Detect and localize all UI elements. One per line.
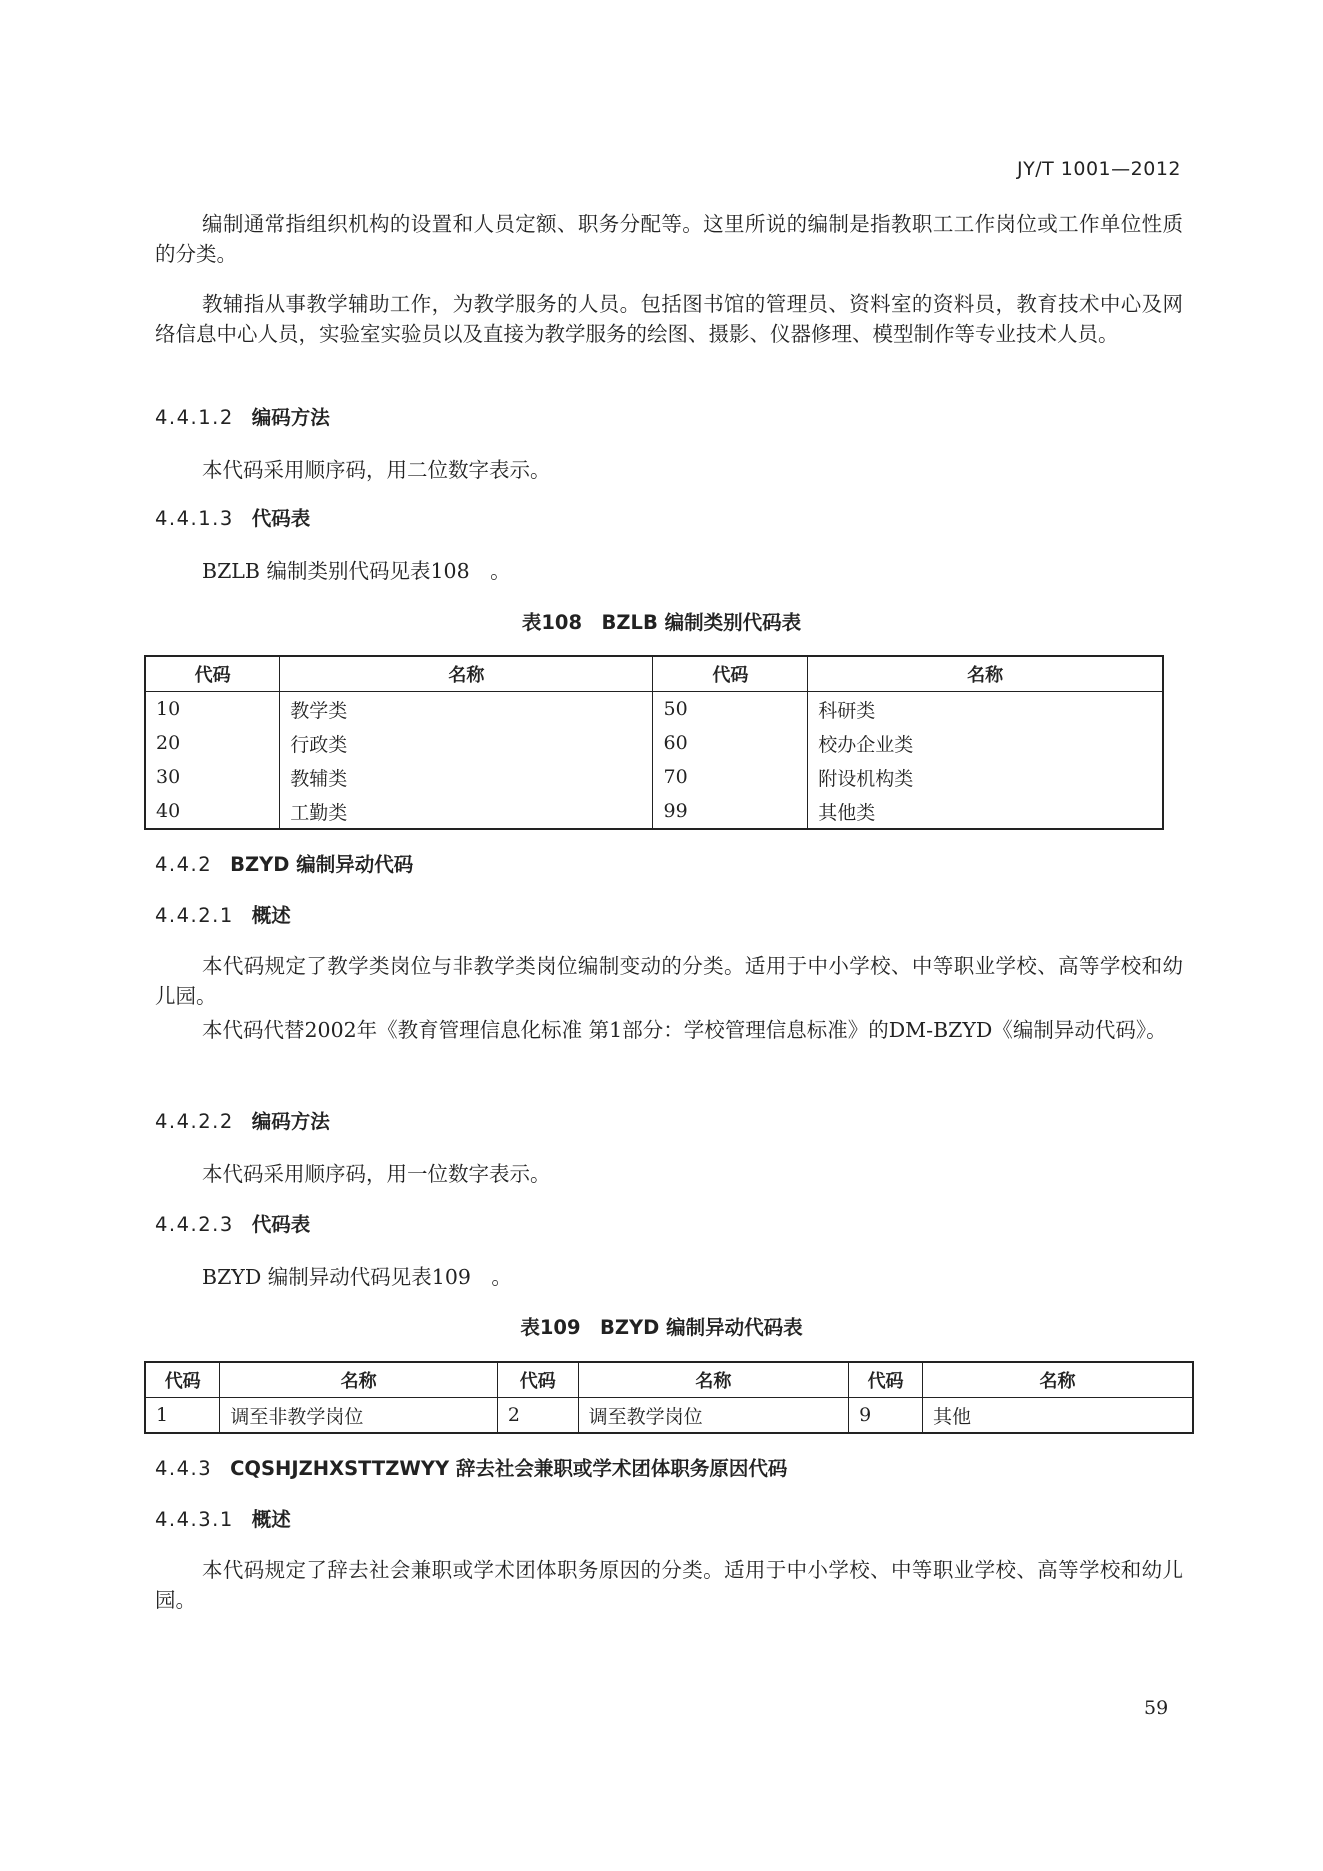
column-header: 代码 [497,1362,578,1398]
name-cell: 教学类 [280,692,653,727]
section-title: CQSHJZHXSTTZWYY 辞去社会兼职或学术团体职务原因代码 [230,1457,787,1480]
name-cell: 其他类 [808,794,1163,829]
section-heading-4-4-3: 4.4.3CQSHJZHXSTTZWYY 辞去社会兼职或学术团体职务原因代码 [155,1453,787,1481]
name-cell: 教辅类 [280,760,653,794]
section-heading-4-4-3-1: 4.4.3.1概述 [155,1504,291,1532]
paragraph-scope: 本代码规定了辞去社会兼职或学术团体职务原因的分类。适用于中小学校、中等职业学校、… [155,1555,1183,1615]
paragraph-scope: 本代码规定了教学类岗位与非教学类岗位编制变动的分类。适用于中小学校、中等职业学校… [155,951,1183,1011]
column-header: 代码 [145,656,280,692]
section-heading-4-4-1-2: 4.4.1.2编码方法 [155,402,330,430]
paragraph-table-reference: BZYD 编制异动代码见表109 。 [202,1260,512,1290]
section-title: 概述 [252,1508,291,1531]
paragraph-coding-method: 本代码采用顺序码，用二位数字表示。 [202,453,551,483]
column-header: 名称 [280,656,653,692]
code-cell: 50 [653,692,808,727]
section-title: 概述 [252,904,291,927]
section-number: 4.4.2 [155,853,212,876]
page-number: 59 [1144,1697,1168,1719]
column-header: 名称 [220,1362,497,1398]
document-code-header: JY/T 1001—2012 [1017,158,1181,180]
code-cell: 10 [145,692,280,727]
section-title: 编码方法 [252,1110,330,1133]
table-row: 40 工勤类 99 其他类 [145,794,1163,829]
column-header: 代码 [653,656,808,692]
section-heading-4-4-1-3: 4.4.1.3代码表 [155,503,310,531]
paragraph-jiaofu-definition: 教辅指从事教学辅助工作，为教学服务的人员。包括图书馆的管理员、资料室的资料员，教… [155,289,1183,349]
section-number: 4.4.1.2 [155,406,234,429]
code-cell: 40 [145,794,280,829]
column-header: 代码 [145,1362,220,1398]
section-number: 4.4.3.1 [155,1508,234,1531]
section-title: BZYD 编制异动代码 [230,853,413,876]
paragraph-table-reference: BZLB 编制类别代码见表108 。 [202,554,511,584]
section-number: 4.4.2.2 [155,1110,234,1133]
section-heading-4-4-2-2: 4.4.2.2编码方法 [155,1106,330,1134]
section-number: 4.4.2.1 [155,904,234,927]
code-cell: 2 [497,1398,578,1434]
name-cell: 调至非教学岗位 [220,1398,497,1434]
code-cell: 9 [849,1398,923,1434]
table-108: 代码 名称 代码 名称 10 教学类 50 科研类 20 行政类 60 校办企业… [144,655,1164,830]
column-header: 代码 [849,1362,923,1398]
table-header-row: 代码 名称 代码 名称 [145,656,1163,692]
name-cell: 行政类 [280,726,653,760]
code-cell: 20 [145,726,280,760]
paragraph-bianzhi-definition: 编制通常指组织机构的设置和人员定额、职务分配等。这里所说的编制是指教职工工作岗位… [155,209,1183,269]
name-cell: 科研类 [808,692,1163,727]
section-number: 4.4.3 [155,1457,212,1480]
name-cell: 校办企业类 [808,726,1163,760]
column-header: 名称 [808,656,1163,692]
code-cell: 99 [653,794,808,829]
section-title: 编码方法 [252,406,330,429]
table-row: 10 教学类 50 科研类 [145,692,1163,727]
table-header-row: 代码 名称 代码 名称 代码 名称 [145,1362,1193,1398]
section-number: 4.4.2.3 [155,1213,234,1236]
table-109: 代码 名称 代码 名称 代码 名称 1 调至非教学岗位 2 调至教学岗位 9 其… [144,1361,1194,1434]
table-row: 1 调至非教学岗位 2 调至教学岗位 9 其他 [145,1398,1193,1434]
section-number: 4.4.1.3 [155,507,234,530]
paragraph-replaces: 本代码代替2002年《教育管理信息化标准 第1部分：学校管理信息标准》的DM-B… [155,1015,1183,1045]
name-cell: 工勤类 [280,794,653,829]
column-header: 名称 [578,1362,848,1398]
section-heading-4-4-2-1: 4.4.2.1概述 [155,900,291,928]
section-heading-4-4-2-3: 4.4.2.3代码表 [155,1209,310,1237]
section-title: 代码表 [252,1213,311,1236]
table-108-caption: 表108 BZLB 编制类别代码表 [0,607,1323,635]
code-cell: 1 [145,1398,220,1434]
section-title: 代码表 [252,507,311,530]
code-cell: 60 [653,726,808,760]
table-row: 20 行政类 60 校办企业类 [145,726,1163,760]
code-cell: 70 [653,760,808,794]
code-cell: 30 [145,760,280,794]
name-cell: 附设机构类 [808,760,1163,794]
paragraph-coding-method: 本代码采用顺序码，用一位数字表示。 [202,1157,551,1187]
name-cell: 其他 [923,1398,1194,1434]
table-row: 30 教辅类 70 附设机构类 [145,760,1163,794]
column-header: 名称 [923,1362,1194,1398]
section-heading-4-4-2: 4.4.2BZYD 编制异动代码 [155,849,413,877]
name-cell: 调至教学岗位 [578,1398,848,1434]
table-109-caption: 表109 BZYD 编制异动代码表 [0,1312,1323,1340]
